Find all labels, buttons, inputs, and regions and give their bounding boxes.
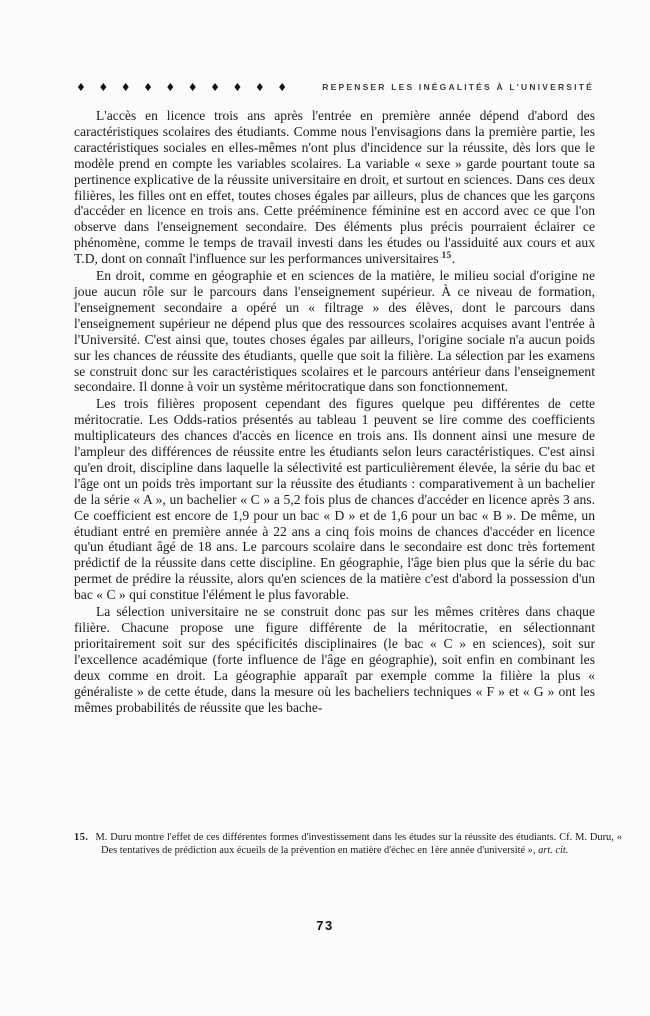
- page-number: 73: [0, 918, 650, 933]
- paragraph-3: Les trois filières proposent cependant d…: [74, 396, 595, 603]
- document-page: ♦ ♦ ♦ ♦ ♦ ♦ ♦ ♦ ♦ ♦ REPENSER LES INÉGALI…: [0, 0, 650, 1016]
- paragraph-2: En droit, comme en géographie et en scie…: [74, 268, 595, 395]
- footnote-15-block: 15.M. Duru montre l'effet de ces différe…: [74, 831, 622, 858]
- footnote-number: 15.: [74, 832, 89, 843]
- paragraph-1: L'accès en licence trois ans après l'ent…: [74, 108, 595, 267]
- running-header-title: REPENSER LES INÉGALITÉS À L'UNIVERSITÉ: [322, 83, 594, 92]
- running-header: ♦ ♦ ♦ ♦ ♦ ♦ ♦ ♦ ♦ ♦ REPENSER LES INÉGALI…: [76, 82, 594, 93]
- paragraph-1-end: .: [452, 251, 455, 266]
- footnote-ref-15: 15: [442, 250, 452, 260]
- footnote-citation: art. cit.: [538, 845, 568, 856]
- diamond-separator-icons: ♦ ♦ ♦ ♦ ♦ ♦ ♦ ♦ ♦ ♦: [76, 82, 287, 93]
- paragraph-1-text: L'accès en licence trois ans après l'ent…: [74, 108, 595, 266]
- paragraph-4: La sélection universitaire ne se constru…: [74, 604, 595, 715]
- body-text: L'accès en licence trois ans après l'ent…: [74, 108, 595, 716]
